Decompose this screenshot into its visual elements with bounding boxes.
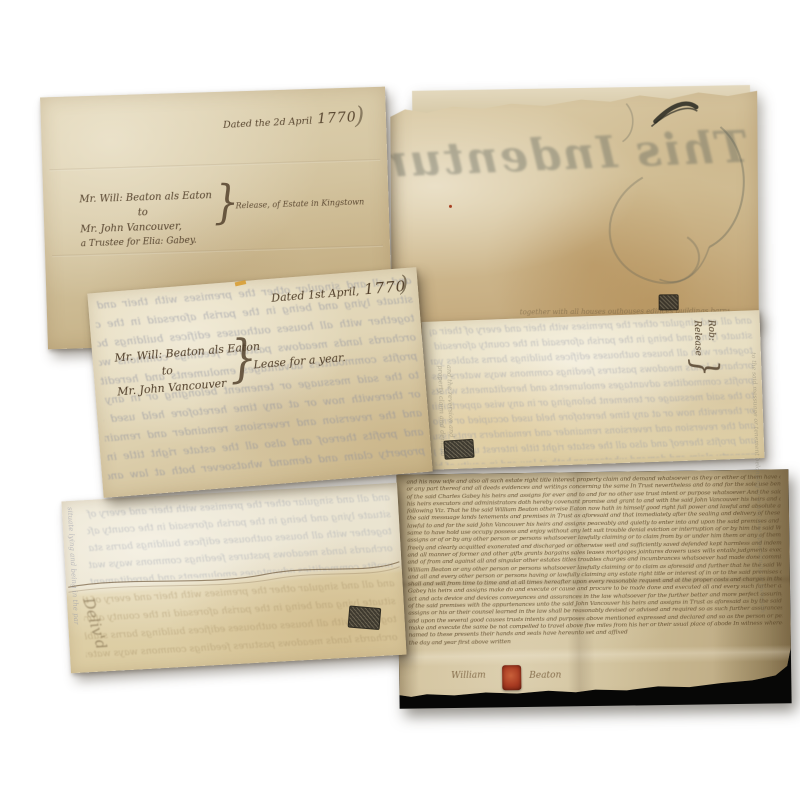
- rotated-docket: Rob: Release }: [678, 320, 722, 425]
- red-ink-speck: [449, 205, 452, 208]
- docket-date: Dated the 2d April 1770: [223, 106, 358, 132]
- docket-names: Rob: Release: [690, 320, 719, 357]
- pen-flourishes: [390, 85, 759, 335]
- deed-body-text: and his now wife and also all such estat…: [406, 474, 782, 655]
- deed-vellum: and his now wife and also all such estat…: [396, 469, 791, 708]
- signature-beaton: Beaton: [529, 670, 561, 680]
- deed-type-label: Release, of Estate in Kingstown: [235, 197, 385, 211]
- engrossed-deed-document: and his now wife and also all such estat…: [396, 469, 791, 708]
- docket-line: Release: [690, 320, 705, 356]
- signature-william: William: [451, 671, 486, 681]
- folded-strip-document: and all and singular other the premises …: [61, 483, 406, 673]
- parties-block: Mr. Will: Beaton als Eaton to Mr. John V…: [79, 188, 231, 253]
- date-year: 1770: [317, 109, 357, 127]
- closing-flourish: ): [354, 101, 364, 129]
- indenture-verso-document: This Indenture together with all houses …: [390, 85, 759, 335]
- photo-of-vellum-documents: This Indenture together with all houses …: [0, 0, 800, 800]
- vellum-leaf: This Indenture together with all houses …: [390, 85, 759, 335]
- fold-thread-line: [61, 483, 406, 673]
- docket-brace: }: [687, 357, 722, 377]
- date-text: Dated the 2d April: [223, 116, 313, 131]
- revenue-stamp-icon: [443, 439, 474, 460]
- revenue-stamp-icon: [659, 294, 679, 310]
- lease-docket-document: and all and singular other the premises …: [87, 267, 432, 498]
- fold-crease: [49, 159, 380, 171]
- revenue-stamp-icon: [348, 605, 382, 630]
- docket-line: Rob:: [704, 320, 719, 356]
- red-wax-seal-icon: [502, 665, 521, 690]
- small-verso-docket-document: and all and singular other the premises …: [422, 310, 765, 470]
- edge-scribble: to the said messuage or tenement belongi…: [750, 352, 759, 422]
- closing-flourish: ): [399, 272, 410, 298]
